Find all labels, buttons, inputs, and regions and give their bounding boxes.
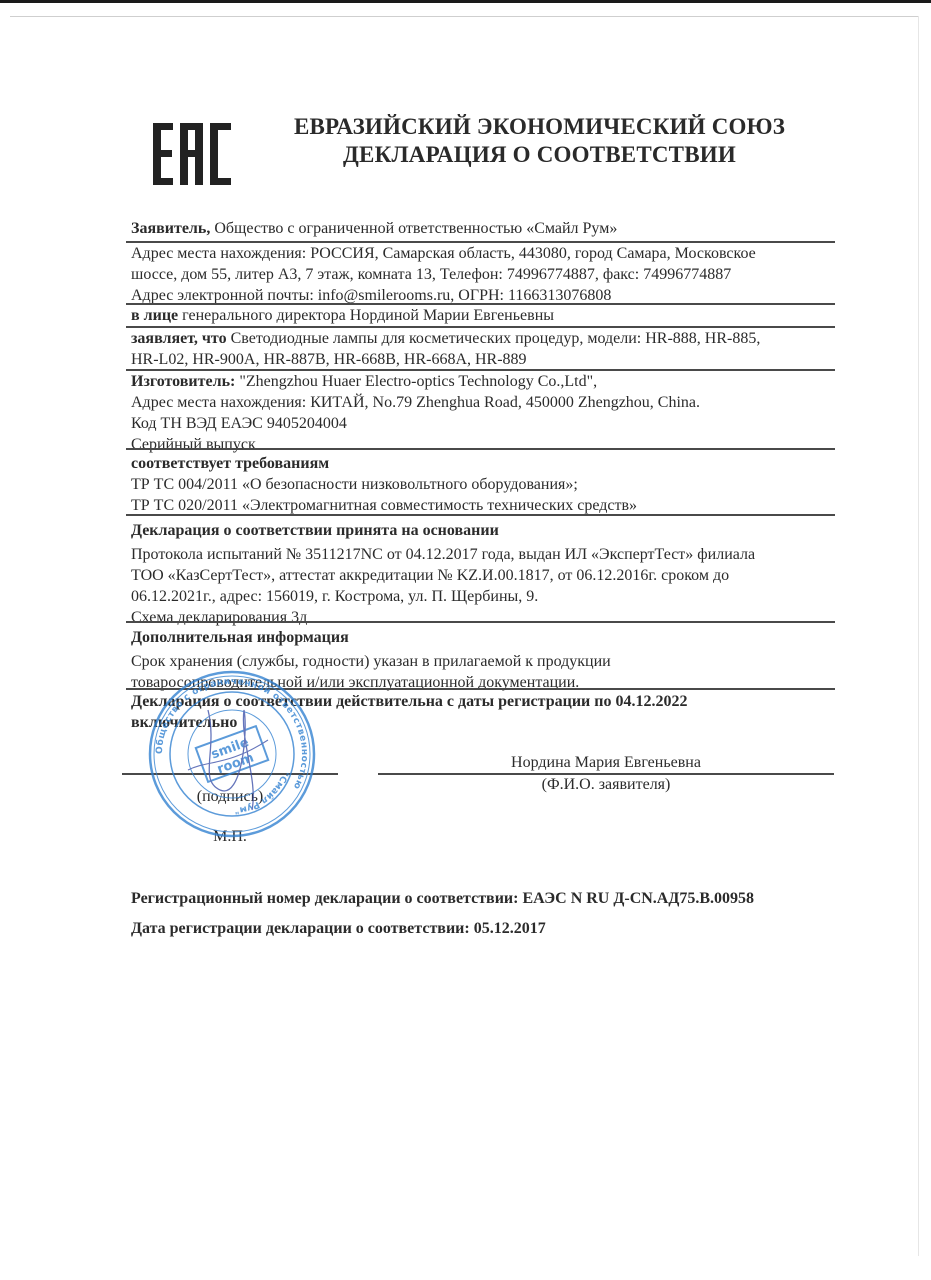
applicant-row: Заявитель, Общество с ограниченной ответ…: [131, 218, 831, 239]
basis-label: Декларация о соответствии принята на осн…: [131, 520, 831, 541]
basis-line: ТОО «КазСертТест», аттестат аккредитации…: [131, 565, 831, 586]
registration-number: Регистрационный номер декларации о соотв…: [131, 888, 754, 909]
requirement-item: ТР ТС 020/2011 «Электромагнитная совмест…: [131, 495, 831, 516]
additional-block: Дополнительная информация Срок хранения …: [131, 627, 831, 693]
additional-line: Срок хранения (службы, годности) указан …: [131, 651, 831, 672]
manufacturer-label: Изготовитель:: [131, 373, 235, 390]
declares-line-2: HR-L02, HR-900A, HR-887B, HR-668B, HR-66…: [131, 349, 831, 370]
signature-caption: (подпись): [180, 786, 280, 807]
applicant-address-line-1: Адрес места нахождения: РОССИЯ, Самарска…: [131, 243, 831, 264]
applicant-label: Заявитель,: [131, 220, 210, 237]
applicant-address-block: Адрес места нахождения: РОССИЯ, Самарска…: [131, 243, 831, 306]
declares-line-1: Светодиодные лампы для косметических про…: [227, 330, 761, 347]
declaration-title: ДЕКЛАРАЦИЯ О СООТВЕТСТВИИ: [262, 141, 817, 169]
scan-page-border-top: [10, 16, 918, 17]
signature-line: [122, 773, 338, 775]
applicant-value: Общество с ограниченной ответственностью…: [210, 220, 617, 237]
scan-page-border-right: [918, 16, 919, 1256]
production-type: Серийный выпуск: [131, 434, 831, 455]
representative-label: в лице: [131, 307, 178, 324]
separator: [126, 514, 835, 516]
hs-code: Код ТН ВЭД ЕАЭС 9405204004: [131, 413, 831, 434]
stamp-logo-line-1: smile: [209, 735, 251, 763]
document-header: ЕВРАЗИЙСКИЙ ЭКОНОМИЧЕСКИЙ СОЮЗ ДЕКЛАРАЦИ…: [262, 113, 817, 169]
manufacturer-address: Адрес места нахождения: КИТАЙ, No.79 Zhe…: [131, 392, 831, 413]
applicant-name: Нордина Мария Евгеньевна: [378, 752, 834, 773]
basis-line: 06.12.2021г., адрес: 156019, г. Кострома…: [131, 586, 831, 607]
representative-row: в лице генерального директора Нординой М…: [131, 305, 831, 326]
additional-label: Дополнительная информация: [131, 627, 831, 648]
validity-line-2: включительно: [131, 712, 831, 733]
separator: [126, 688, 835, 690]
additional-line: товаросопроводительной и/или эксплуатаци…: [131, 672, 831, 693]
eac-mark-icon: [153, 123, 233, 185]
separator: [126, 621, 835, 623]
validity-block: Декларация о соответствии действительна …: [131, 691, 831, 733]
seal-caption: М.П.: [190, 826, 270, 847]
basis-block: Декларация о соответствии принята на осн…: [131, 520, 831, 628]
scan-top-edge: [0, 0, 931, 3]
applicant-name-caption: (Ф.И.О. заявителя): [378, 774, 834, 795]
requirements-label: соответствует требованиям: [131, 453, 831, 474]
manufacturer-block: Изготовитель: "Zhengzhou Huaer Electro-o…: [131, 371, 831, 455]
representative-value: генерального директора Нординой Марии Ев…: [178, 307, 554, 324]
separator: [126, 448, 835, 450]
basis-line: Протокола испытаний № 3511217NC от 04.12…: [131, 544, 831, 565]
declares-block: заявляет, что Светодиодные лампы для кос…: [131, 328, 831, 370]
requirements-block: соответствует требованиям ТР ТС 004/2011…: [131, 453, 831, 516]
union-title: ЕВРАЗИЙСКИЙ ЭКОНОМИЧЕСКИЙ СОЮЗ: [262, 113, 817, 141]
validity-line-1: Декларация о соответствии действительна …: [131, 691, 831, 712]
declares-label: заявляет, что: [131, 330, 227, 347]
requirement-item: ТР ТС 004/2011 «О безопасности низковоль…: [131, 474, 831, 495]
registration-date: Дата регистрации декларации о соответств…: [131, 918, 546, 939]
declaration-scheme: Схема декларирования 3д: [131, 607, 831, 628]
applicant-address-line-2: шоссе, дом 55, литер А3, 7 этаж, комната…: [131, 264, 831, 285]
manufacturer-value: "Zhengzhou Huaer Electro-optics Technolo…: [235, 373, 597, 390]
